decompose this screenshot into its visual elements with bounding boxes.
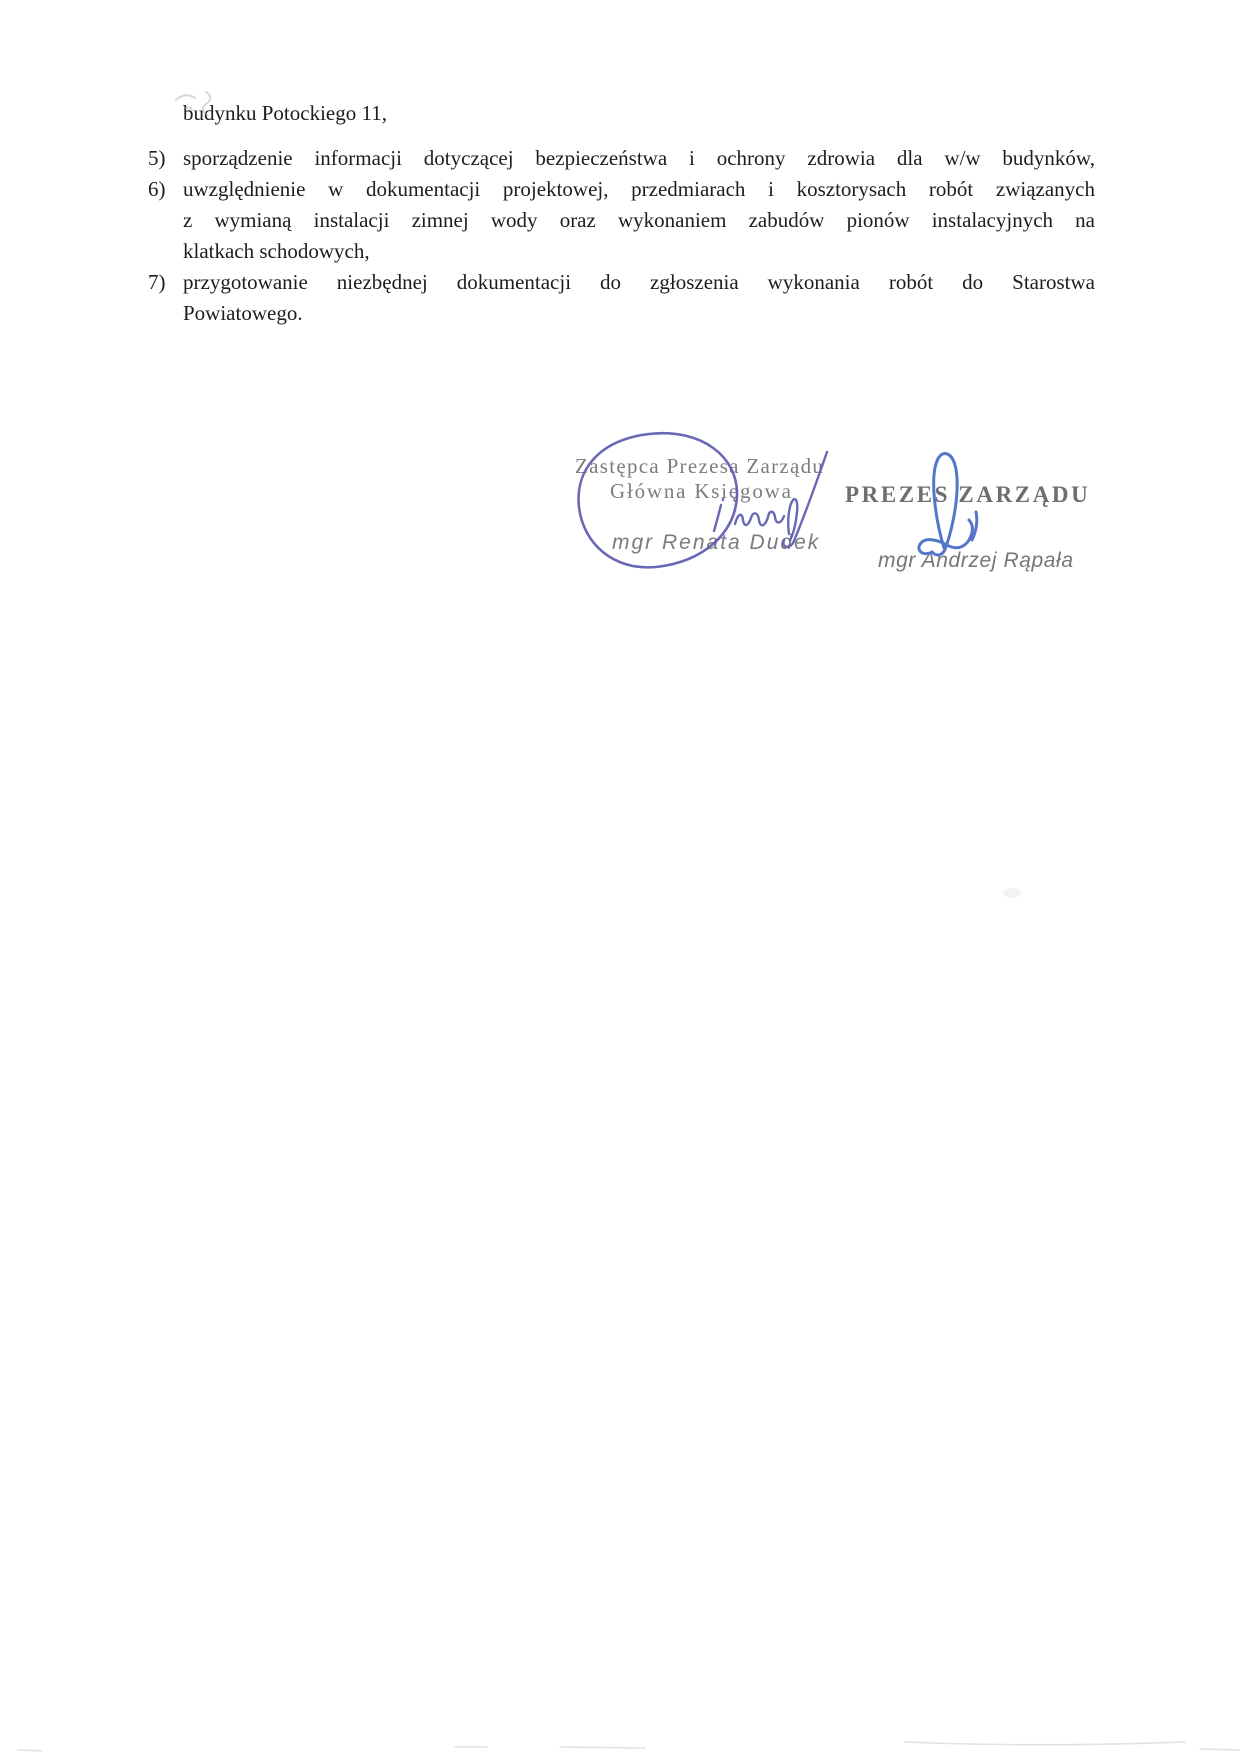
list-line: Powiatowego. bbox=[183, 298, 1095, 329]
signature-scribble bbox=[714, 505, 721, 531]
document-page: budynku Potockiego 11, 5) sporządzenie i… bbox=[0, 0, 1240, 1753]
list-line: klatkach schodowych, bbox=[183, 236, 1095, 267]
list-line: uwzględnienie w dokumentacji projektowej… bbox=[183, 174, 1095, 205]
stamp-deputy-title-line1: Zastępca Prezesa Zarządu bbox=[575, 454, 824, 479]
list-item-5: 5) sporządzenie informacji dotyczącej be… bbox=[148, 143, 1095, 174]
stamp-deputy-name: mgr Renata Dudek bbox=[612, 531, 820, 555]
stamp-president-title: PREZES ZARZĄDU bbox=[845, 482, 1090, 508]
body-text: budynku Potockiego 11, 5) sporządzenie i… bbox=[148, 98, 1095, 329]
list-line: z wymianą instalacji zimnej wody oraz wy… bbox=[183, 205, 1095, 236]
list-line: przygotowanie niezbędnej dokumentacji do… bbox=[183, 267, 1095, 298]
paragraph-continuation: budynku Potockiego 11, bbox=[183, 98, 1095, 129]
list-number: 7) bbox=[148, 267, 166, 298]
stamp-deputy-title-line2: Główna Księgowa bbox=[610, 479, 793, 504]
list-item-6: 6) uwzględnienie w dokumentacji projekto… bbox=[148, 174, 1095, 267]
list-item-7: 7) przygotowanie niezbędnej dokumentacji… bbox=[148, 267, 1095, 329]
stamp-president-name: mgr Andrzej Rąpała bbox=[878, 549, 1074, 573]
list-number: 5) bbox=[148, 143, 166, 174]
signature-scribble bbox=[735, 512, 784, 526]
list-line: sporządzenie informacji dotyczącej bezpi… bbox=[183, 143, 1095, 174]
scan-streaks-bottom bbox=[18, 1742, 1240, 1751]
scan-blot bbox=[1003, 888, 1021, 898]
list-number: 6) bbox=[148, 174, 166, 205]
